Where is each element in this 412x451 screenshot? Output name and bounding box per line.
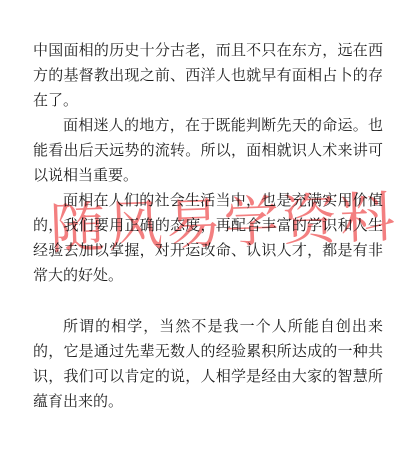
paragraph-1: 中国面相的历史十分古老，而且不只在东方，远在西方的基督教出现之前、西洋人也就早有… [33, 38, 383, 113]
paragraph-2: 面相迷人的地方，在于既能判断先天的命运。也能看出后天远势的流转。所以，面相就识人… [33, 113, 383, 188]
paragraph-4: 所谓的相学，当然不是我一个人所能自创出来的，它是通过先辈无数人的经验累积所达成的… [33, 314, 383, 414]
body-text: 中国面相的历史十分古老，而且不只在东方，远在西方的基督教出现之前、西洋人也就早有… [33, 38, 383, 414]
document-page: 中国面相的历史十分古老，而且不只在东方，远在西方的基督教出现之前、西洋人也就早有… [0, 0, 412, 451]
paragraph-3: 面相在人们的社会生活当中，也是充满实用价值的，我们要用正确的态度，再配合丰富的学… [33, 188, 383, 288]
